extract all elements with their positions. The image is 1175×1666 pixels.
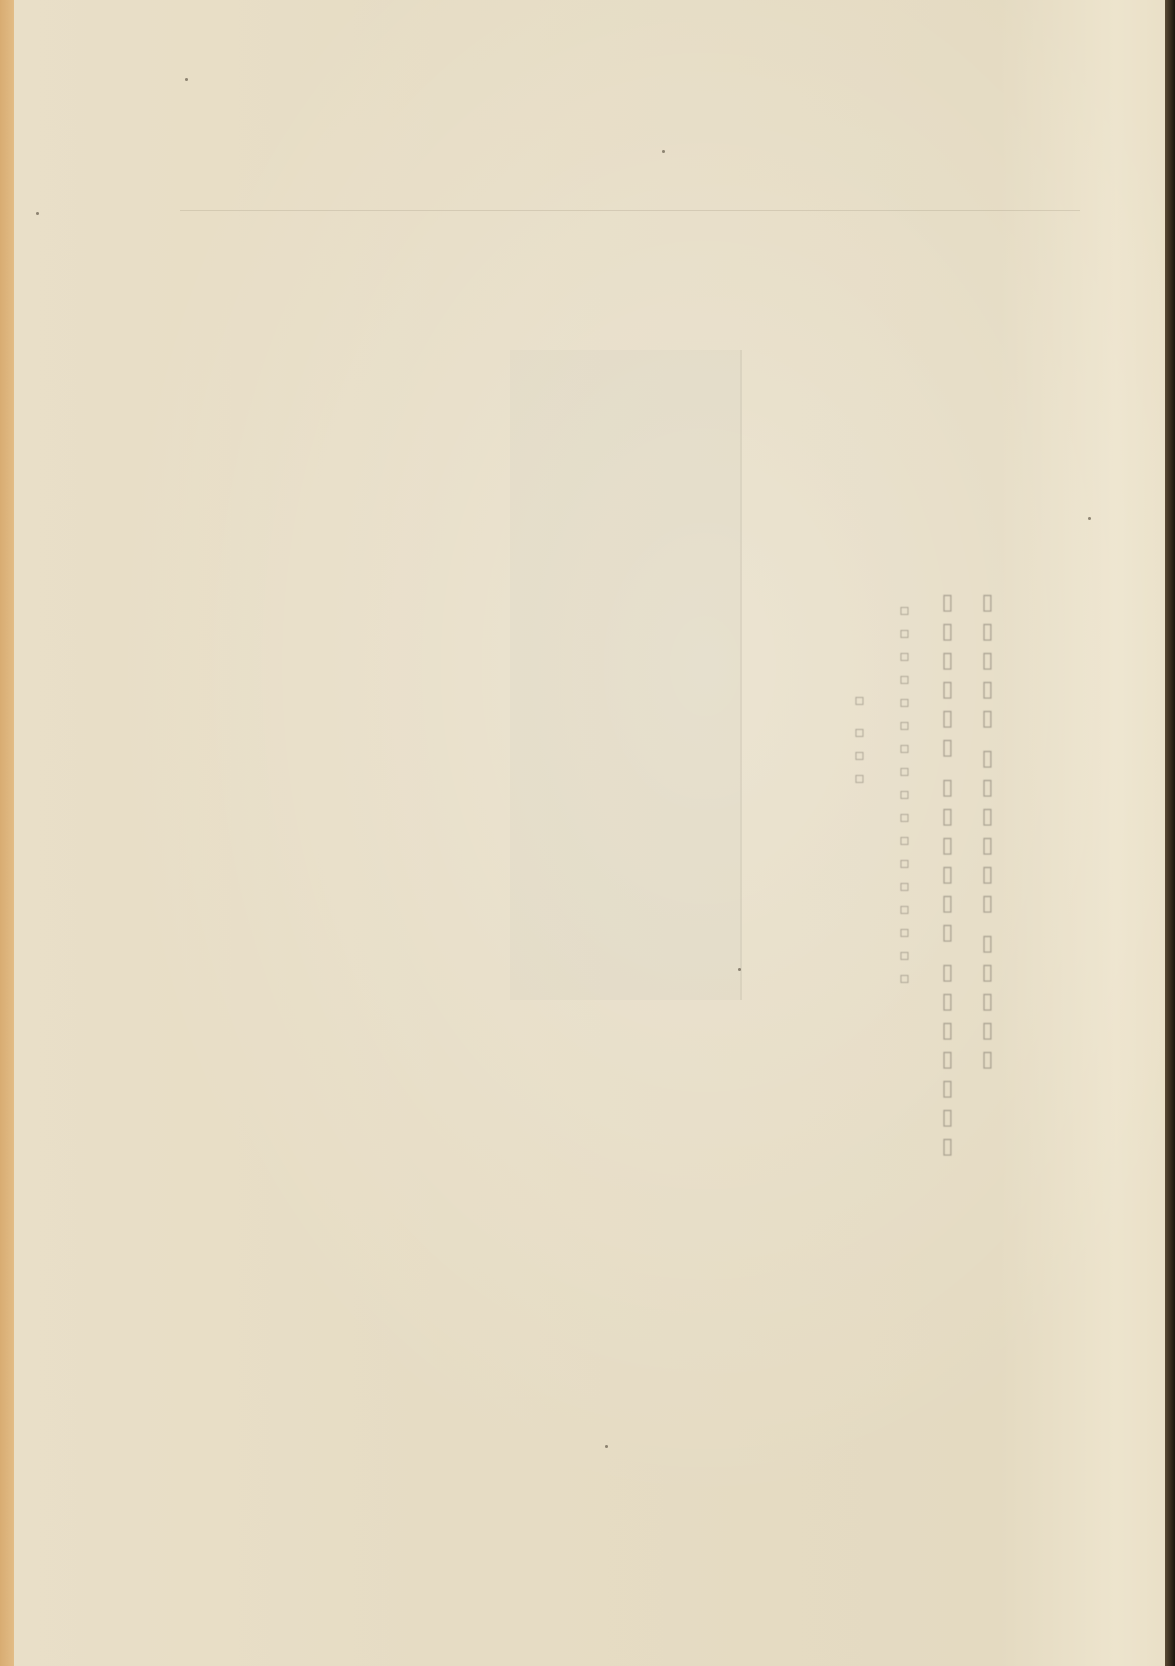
paper-speck (36, 212, 39, 215)
book-binding-edge (1165, 0, 1175, 1666)
paper-speck (662, 150, 665, 153)
paper-speck (1088, 517, 1091, 520)
ghost-image-region (510, 350, 742, 1000)
paper-speck (605, 1445, 608, 1448)
scanned-page: ▯▯▯▯▯ ▯▯▯▯▯▯ ▯▯▯▯▯ ▯▯▯▯▯▯ ▯▯▯▯▯▯ ▯▯▯▯▯▯▯… (0, 0, 1175, 1666)
bleed-through-line-3: ▫▫▫▫▫▫▫▫▫▫▫▫▫▫▫▫▫ (895, 600, 914, 1000)
paper-speck (738, 968, 741, 971)
paper-speck (185, 78, 188, 81)
faint-rule-line (180, 210, 1080, 211)
bleed-through-line-2: ▯▯▯▯▯▯ ▯▯▯▯▯▯ ▯▯▯▯▯▯▯ (935, 590, 960, 1010)
page-left-edge (0, 0, 14, 1666)
bleed-through-line-1: ▯▯▯▯▯ ▯▯▯▯▯▯ ▯▯▯▯▯ (975, 590, 1000, 1010)
bleed-through-line-4: ▫ ▫▫▫ (850, 690, 869, 890)
